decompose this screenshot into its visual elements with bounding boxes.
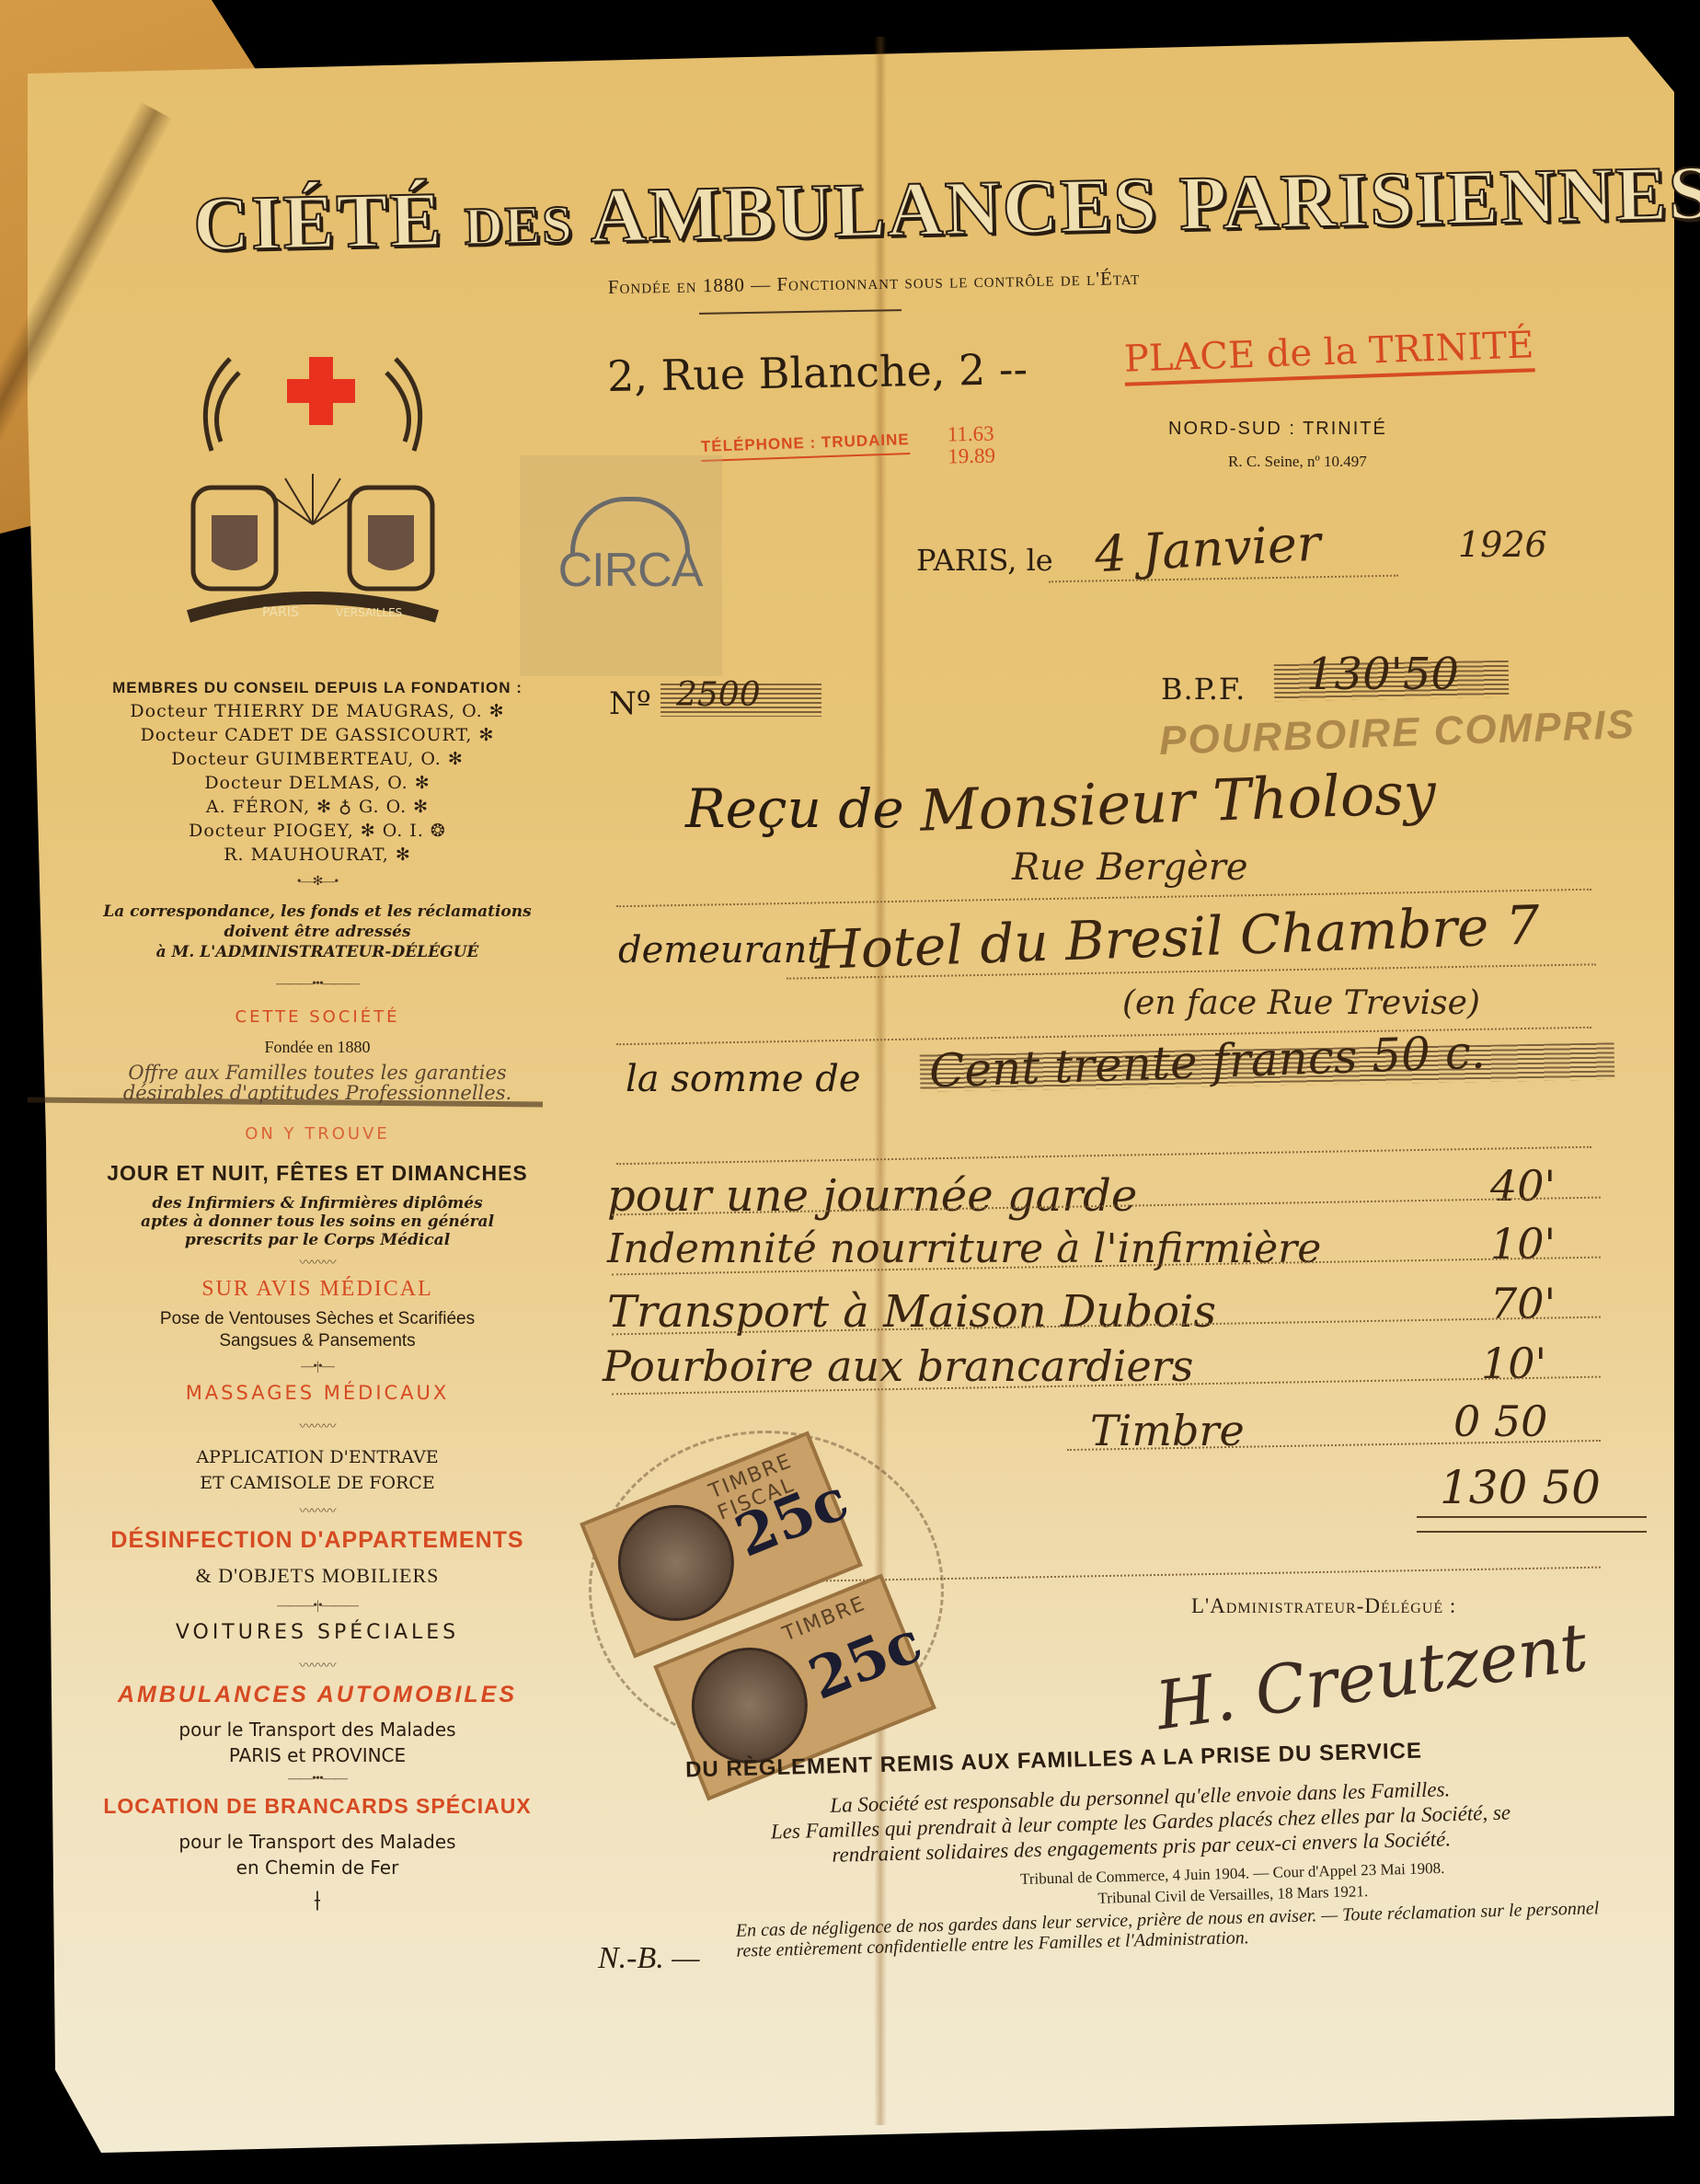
street-address: 2, Rue Blanche, 2 --	[607, 344, 1028, 401]
massages-heading: MASSAGES MÉDICAUX	[92, 1382, 543, 1404]
transport-line: PARIS et PROVINCE	[92, 1742, 543, 1768]
correspondence-line: La correspondance, les fonds et les récl…	[92, 902, 543, 922]
sur-avis-heading: SUR AVIS MÉDICAL	[92, 1277, 543, 1302]
ornament-divider: 〰〰〰	[92, 1417, 543, 1435]
council-member: Docteur THIERRY DE MAUGRAS, O. ✻	[92, 699, 543, 723]
ventouses-line: Sangsues & Pansements	[92, 1330, 543, 1352]
ambulances-automobiles-heading: AMBULANCES AUTOMOBILES	[92, 1682, 543, 1708]
jour-nuit-heading: JOUR ET NUIT, FÊTES ET DIMANCHES	[92, 1161, 543, 1186]
demeurant-note: (en face Rue Trevise)	[1122, 984, 1480, 1022]
ornament-divider: ———•••———	[92, 977, 543, 992]
telephone-number: 11.63	[948, 423, 995, 446]
demeurant-label: demeurant	[618, 929, 821, 971]
infirmiers-line: des Infirmiers & Infirmières diplômés	[92, 1194, 543, 1213]
title-des: DES	[464, 194, 574, 256]
total-underline	[1417, 1516, 1647, 1518]
title-prefix: CIÉTÉ	[192, 177, 443, 268]
brancards-heading: LOCATION DE BRANCARDS SPÉCIAUX	[92, 1794, 543, 1819]
bpf-value: 130'50	[1306, 649, 1459, 700]
on-y-trouve-heading: ON Y TROUVE	[92, 1124, 543, 1144]
total-amount: 130 50	[1440, 1461, 1601, 1514]
line-item-amount: 70'	[1490, 1279, 1556, 1328]
ornament-divider: 〰〰〰	[92, 1656, 543, 1674]
infirmiers-line: aptes à donner tous les soins en général	[92, 1213, 543, 1231]
total-underline	[1417, 1531, 1647, 1533]
correspondence-note: La correspondance, les fonds et les récl…	[92, 902, 543, 962]
nb-label: N.-B. —	[598, 1941, 700, 1976]
number-label: Nº	[609, 685, 651, 722]
metro-line: NORD-SUD : TRINITÉ	[1168, 419, 1387, 440]
svg-text:PARIS: PARIS	[262, 605, 299, 620]
entrave-line: APPLICATION D'ENTRAVE	[92, 1444, 543, 1470]
bpf-label: B.P.F.	[1161, 672, 1246, 707]
ventouses-text: Pose de Ventouses Sèches et Scarifiées S…	[92, 1308, 543, 1352]
paris-le-label: PARIS, le	[916, 543, 1053, 578]
year-value: 1926	[1458, 524, 1547, 565]
administrator-title: L'Administrateur-Délégué :	[1191, 1594, 1456, 1618]
telephone-numbers: 11.63 19.89	[948, 423, 996, 468]
watermark-logo: CIRCA	[547, 543, 713, 598]
recu-street: Rue Bergère	[1012, 846, 1248, 889]
line-item-amount: 10'	[1481, 1339, 1546, 1388]
registry-number: R. C. Seine, nº 10.497	[1228, 453, 1367, 471]
council-member: Docteur DELMAS, O. ✻	[92, 771, 543, 795]
council-heading: MEMBRES DU CONSEIL DEPUIS LA FONDATION :	[92, 679, 543, 697]
ornament-divider: ———•|•———	[92, 1599, 543, 1614]
red-cross-icon	[287, 357, 355, 425]
line-item-amount: 10'	[1490, 1219, 1556, 1269]
transport-line: en Chemin de Fer	[92, 1855, 543, 1880]
telephone-number: 19.89	[948, 445, 995, 468]
recu-label: Reçu de	[685, 777, 904, 840]
end-ornament-icon: ⟊	[92, 1886, 543, 1917]
ventouses-line: Pose de Ventouses Sèches et Scarifiées	[92, 1308, 543, 1330]
council-member: Docteur GUIMBERTEAU, O. ✻	[92, 747, 543, 771]
founded-note: Fondée en 1880	[92, 1038, 543, 1057]
timbre-amount: 0 50	[1453, 1397, 1547, 1446]
date-value: 4 Janvier	[1094, 514, 1323, 584]
objets-text: & D'OBJETS MOBILIERS	[92, 1564, 543, 1588]
transport-line: pour le Transport des Malades	[92, 1829, 543, 1855]
council-member: Docteur PIOGEY, ✻ O. I. ❂	[92, 819, 543, 843]
transport-paris-text: pour le Transport des Malades PARIS et P…	[92, 1717, 543, 1768]
line-item-description: Indemnité nourriture à l'infirmière	[607, 1225, 1321, 1272]
infirmiers-line: prescrits par le Corps Médical	[92, 1231, 543, 1249]
council-list: Docteur THIERRY DE MAUGRAS, O. ✻ Docteur…	[92, 699, 543, 867]
line-item-amount: 40'	[1490, 1161, 1556, 1211]
ornament-divider: •—✻—•	[92, 874, 543, 890]
transport-fer-text: pour le Transport des Malades en Chemin …	[92, 1829, 543, 1880]
council-member: Docteur CADET DE GASSICOURT, ✻	[92, 723, 543, 747]
number-value: 2500	[676, 676, 761, 714]
entrave-text: APPLICATION D'ENTRAVE ET CAMISOLE DE FOR…	[92, 1444, 543, 1496]
ornament-divider: 〰〰〰	[92, 1253, 543, 1271]
ornament-divider: —•|•—	[92, 1360, 543, 1374]
cette-societe-heading: CETTE SOCIÉTÉ	[92, 1007, 543, 1027]
offer-line: Offre aux Familles toutes les garanties	[92, 1063, 543, 1083]
voitures-heading: VOITURES SPÉCIALES	[92, 1621, 543, 1644]
entrave-line: ET CAMISOLE DE FORCE	[92, 1470, 543, 1496]
council-member: A. FÉRON, ✻ ♁ G. O. ✻	[92, 795, 543, 819]
correspondence-line: doivent être adressés	[92, 922, 543, 942]
line-item-description: Pourboire aux brancardiers	[603, 1341, 1193, 1391]
svg-text:VERSAILLES: VERSAILLES	[336, 606, 402, 619]
council-member: R. MAUHOURAT, ✻	[92, 843, 543, 867]
somme-label: la somme de	[626, 1058, 861, 1100]
ornament-divider: 〰〰〰	[92, 1501, 543, 1520]
offer-line: désirables d'aptitudes Professionnelles.	[92, 1083, 543, 1103]
infirmiers-text: des Infirmiers & Infirmières diplômés ap…	[92, 1194, 543, 1249]
transport-line: pour le Transport des Malades	[92, 1717, 543, 1742]
desinfection-heading: DÉSINFECTION D'APPARTEMENTS	[92, 1527, 543, 1554]
ornament-divider: ——•••——	[92, 1772, 543, 1787]
offer-text: Offre aux Familles toutes les garanties …	[92, 1063, 543, 1103]
correspondence-line: à M. L'ADMINISTRATEUR-DÉLÉGUÉ	[92, 942, 543, 962]
